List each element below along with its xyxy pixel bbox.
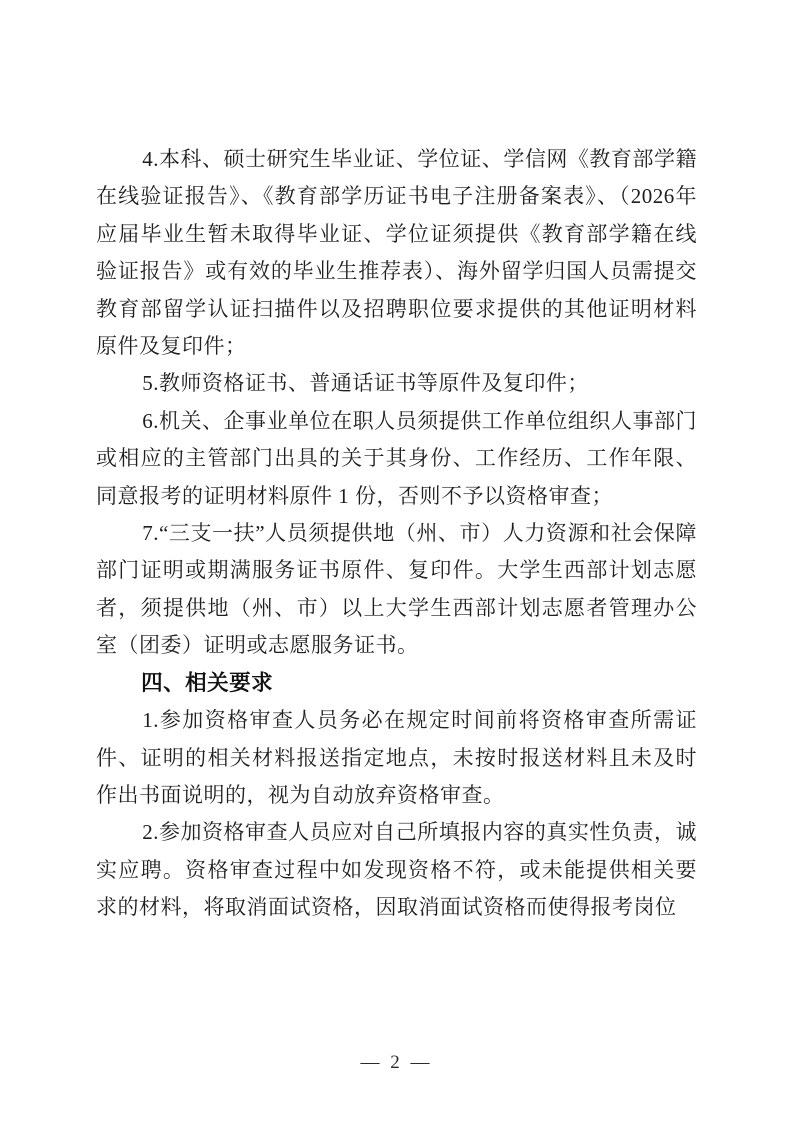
paragraph-requirement-2-truthfulness: 2.参加资格审查人员应对自己所填报内容的真实性负责，诚实应聘。资格审查过程中如发… <box>96 814 697 926</box>
paragraph-requirement-1-submit-on-time: 1.参加资格审查人员务必在规定时间前将资格审查所需证件、证明的相关材料报送指定地… <box>96 702 697 814</box>
document-page: 4.本科、硕士研究生毕业证、学位证、学信网《教育部学籍在线验证报告》、《教育部学… <box>0 0 793 1122</box>
paragraph-item-6-employed-staff-proof: 6.机关、企事业单位在职人员须提供工作单位组织人事部门或相应的主管部门出具的关于… <box>96 403 697 515</box>
paragraph-item-5-teacher-certificates: 5.教师资格证书、普通话证书等原件及复印件； <box>96 365 697 402</box>
section-heading-related-requirements: 四、相关要求 <box>96 665 697 702</box>
paragraph-item-7-sanzhiyifu-proof: 7.“三支一扶”人员须提供地（州、市）人力资源和社会保障部门证明或期满服务证书原… <box>96 515 697 665</box>
document-body: 4.本科、硕士研究生毕业证、学位证、学信网《教育部学籍在线验证报告》、《教育部学… <box>96 141 697 927</box>
page-number: — 2 — <box>361 1052 433 1073</box>
paragraph-item-4-credentials: 4.本科、硕士研究生毕业证、学位证、学信网《教育部学籍在线验证报告》、《教育部学… <box>96 141 697 365</box>
page-footer: — 2 — <box>0 1052 793 1074</box>
